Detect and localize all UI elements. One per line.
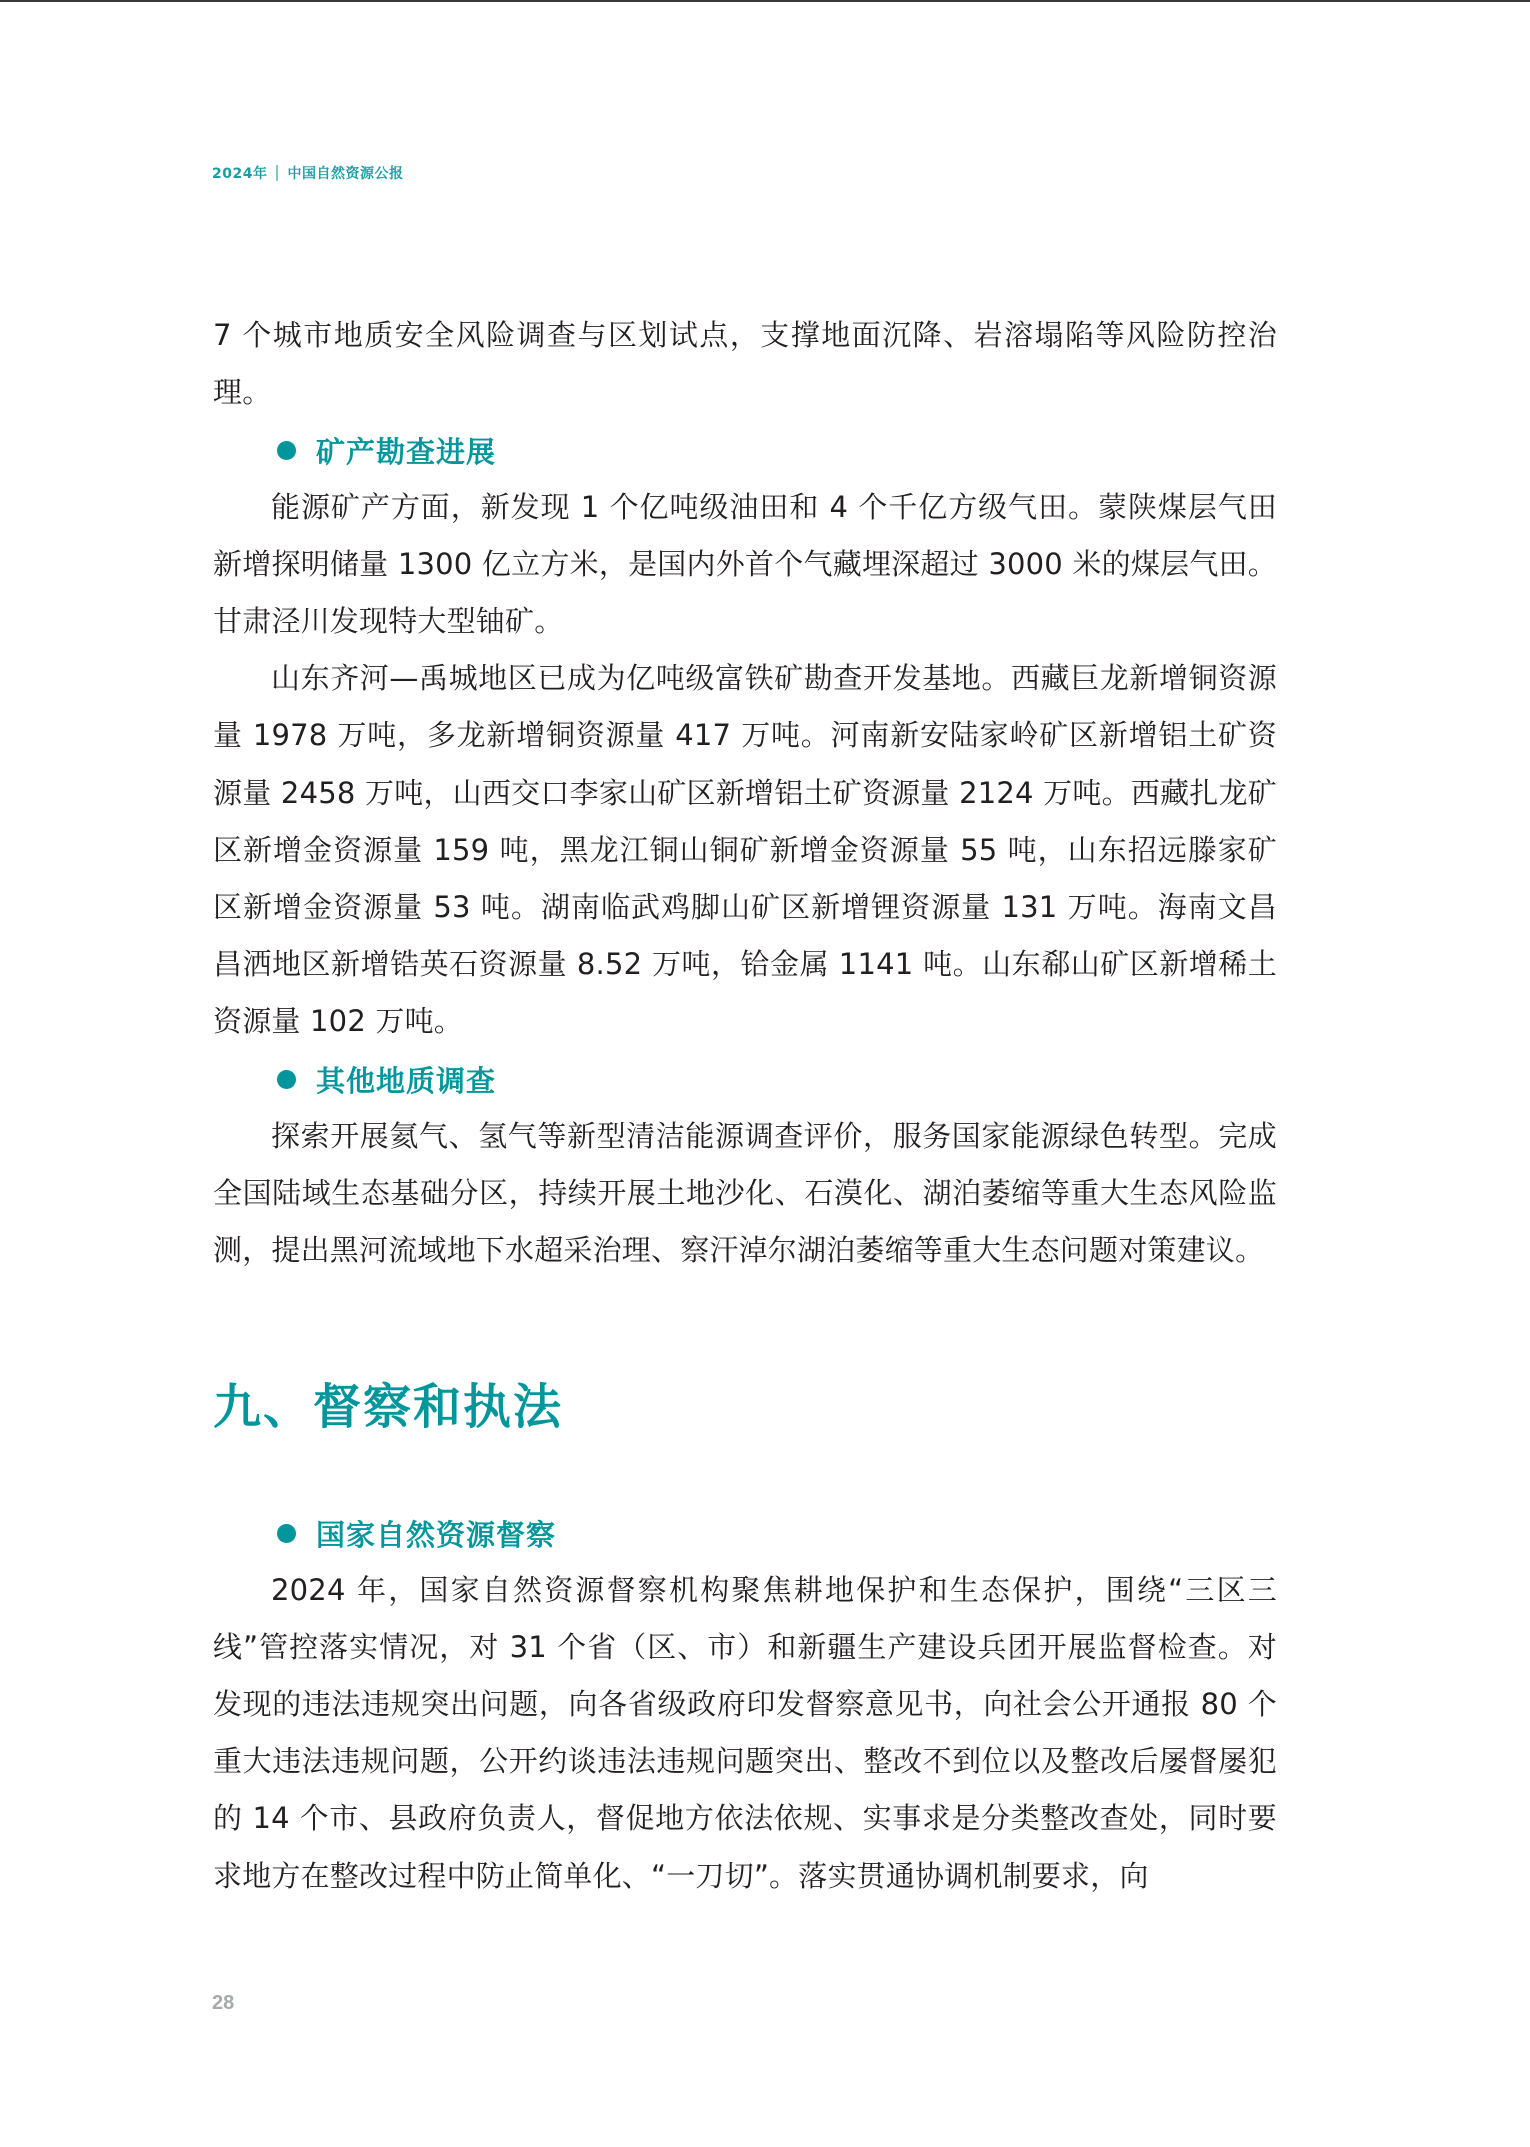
bullet-dot-icon bbox=[277, 1524, 296, 1543]
running-header: 2024年 中国自然资源公报 bbox=[212, 163, 403, 183]
paragraph-metal-minerals: 山东齐河—禹城地区已成为亿吨级富铁矿勘查开发基地。西藏巨龙新增铜资源量 1978… bbox=[213, 650, 1277, 1050]
subheading-other-geological-survey: 其他地质调查 bbox=[213, 1051, 1277, 1108]
top-border bbox=[0, 0, 1530, 2]
section-title-supervision-enforcement: 九、督察和执法 bbox=[213, 1279, 1277, 1504]
subheading-national-resource-supervision: 国家自然资源督察 bbox=[213, 1504, 1277, 1561]
bullet-dot-icon bbox=[277, 1070, 296, 1089]
subheading-mineral-exploration: 矿产勘查进展 bbox=[213, 421, 1277, 478]
header-divider bbox=[276, 165, 278, 181]
page-number: 28 bbox=[212, 1992, 234, 2015]
subheading-text: 国家自然资源督察 bbox=[316, 1513, 556, 1554]
page-content: 7 个城市地质安全风险调查与区划试点，支撑地面沉降、岩溶塌陷等风险防控治理。 矿… bbox=[213, 307, 1277, 1905]
paragraph-other-survey: 探索开展氦气、氢气等新型清洁能源调查评价，服务国家能源绿色转型。完成全国陆域生态… bbox=[213, 1108, 1277, 1280]
paragraph-supervision: 2024 年，国家自然资源督察机构聚焦耕地保护和生态保护，围绕“三区三线”管控落… bbox=[213, 1562, 1277, 1905]
header-publication-title: 中国自然资源公报 bbox=[287, 163, 403, 183]
continuation-paragraph: 7 个城市地质安全风险调查与区划试点，支撑地面沉降、岩溶塌陷等风险防控治理。 bbox=[213, 307, 1277, 421]
subheading-text: 其他地质调查 bbox=[316, 1059, 496, 1100]
subheading-text: 矿产勘查进展 bbox=[316, 430, 496, 471]
bullet-dot-icon bbox=[277, 441, 296, 460]
paragraph-energy-minerals: 能源矿产方面，新发现 1 个亿吨级油田和 4 个千亿方级气田。蒙陕煤层气田新增探… bbox=[213, 479, 1277, 651]
header-year: 2024年 bbox=[212, 163, 267, 183]
